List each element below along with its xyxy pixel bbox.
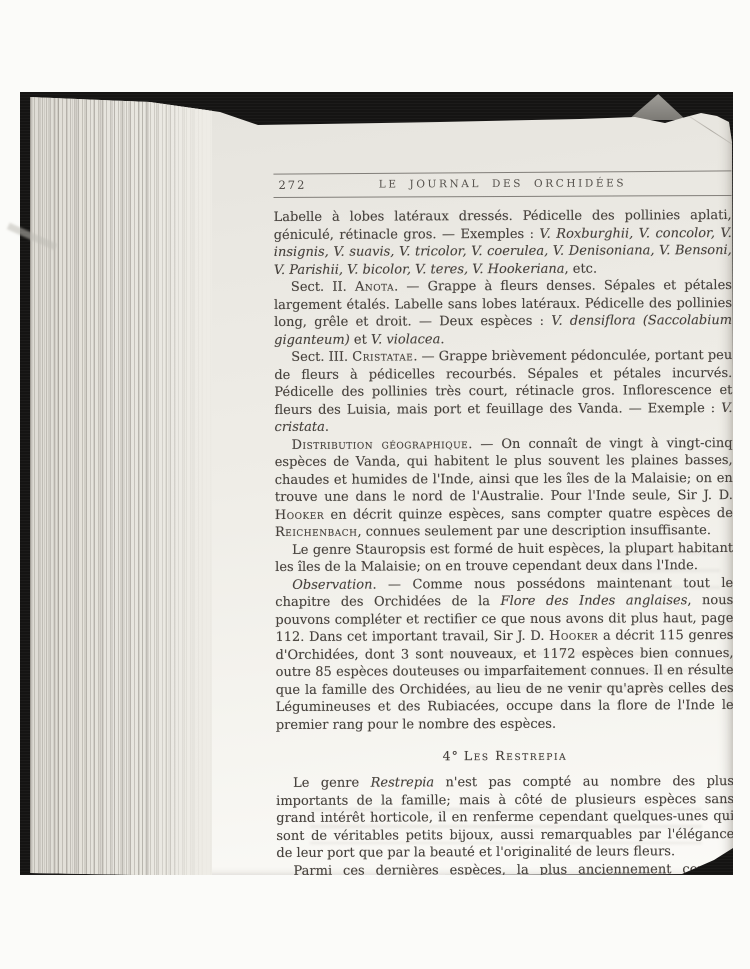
paragraph: Labelle à lobes latéraux dressés. Pédice…	[274, 207, 732, 279]
book-photo: 272 LE JOURNAL DES ORCHIDÉES Labelle à l…	[20, 92, 733, 875]
section-number: 4°	[443, 748, 464, 763]
paragraph: Distribution géographique. — On connaît …	[275, 435, 733, 542]
paragraph: Le genre Restrepia n'est pas compté au n…	[276, 773, 734, 862]
paragraph: Sect. III. Cristatae. — Grappe brièvemen…	[274, 347, 732, 436]
section-heading: 4° Les Restrepia	[276, 747, 734, 764]
folded-corner-tip	[628, 94, 686, 120]
dog-ear-crease	[678, 109, 744, 152]
text-column: Labelle à lobes latéraux dressés. Pédice…	[274, 207, 735, 897]
paragraph: Parmi ces dernières espèces, la plus anc…	[276, 860, 734, 897]
header-rule-top	[273, 170, 731, 174]
printed-content: 272 LE JOURNAL DES ORCHIDÉES Labelle à l…	[273, 171, 734, 897]
book-page: 272 LE JOURNAL DES ORCHIDÉES Labelle à l…	[20, 92, 733, 875]
paragraph: Sect. II. Anota. — Grappe à fleurs dense…	[274, 277, 732, 349]
paragraph: Le genre Stauropsis est formé de huit es…	[275, 540, 733, 577]
running-header: 272 LE JOURNAL DES ORCHIDÉES	[273, 175, 731, 194]
page-stack-edges	[30, 92, 212, 875]
section-title: Les Restrepia	[464, 748, 567, 763]
journal-title: LE JOURNAL DES ORCHIDÉES	[273, 177, 731, 191]
header-rule-bottom	[274, 195, 732, 198]
paragraph: Observation. — Comme nous possédons main…	[275, 575, 734, 734]
